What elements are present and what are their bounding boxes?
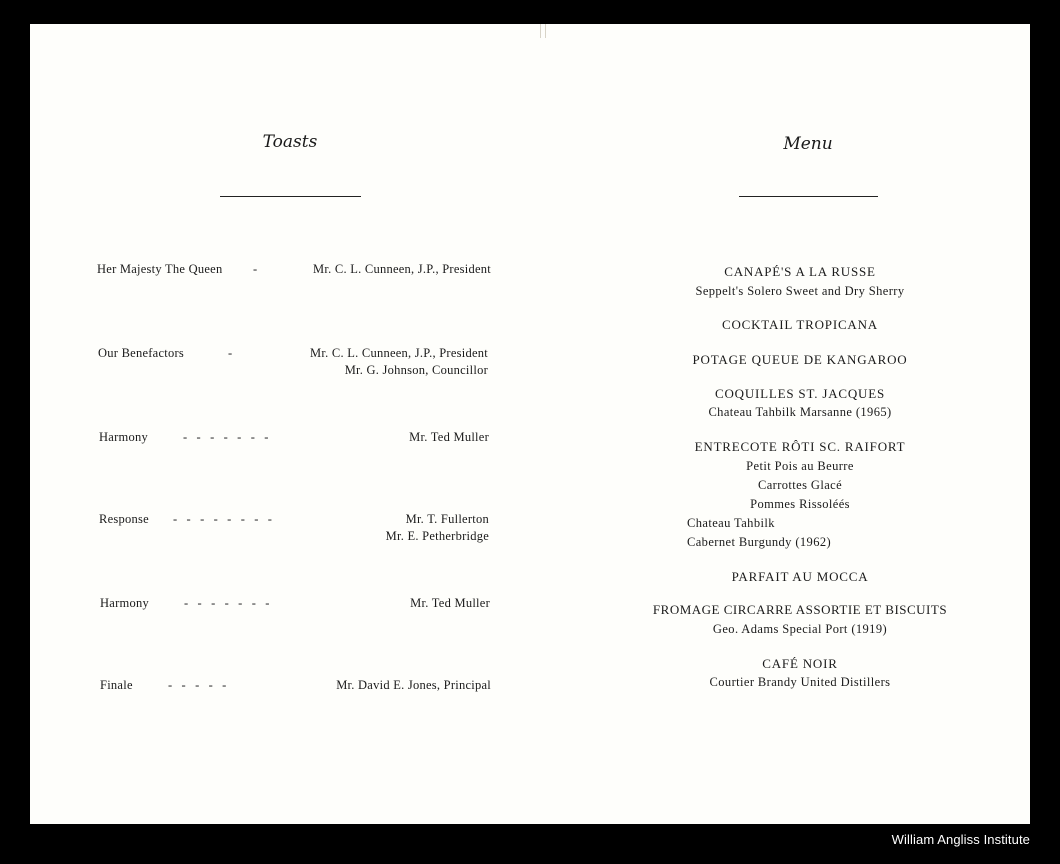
menu-note: Courtier Brandy United Distillers (650, 675, 950, 690)
menu-note: Pommes Rissoléés (650, 497, 950, 512)
menu-dish: CAFÉ NOIR (650, 656, 950, 672)
menu-dish: ENTRECOTE RÔTI SC. RAIFORT (650, 439, 950, 455)
menu-dish: COCKTAIL TROPICANA (650, 317, 950, 333)
toast-separator: - (253, 262, 257, 277)
toast-separator: - - - - - - - (183, 430, 268, 445)
toast-title: Harmony (99, 430, 148, 445)
menu-divider (739, 196, 878, 197)
menu-heading: Menu (708, 134, 908, 154)
toasts-divider (220, 196, 361, 197)
center-fold (540, 24, 546, 38)
toast-title: Finale (100, 678, 133, 693)
toast-speaker: Mr. C. L. Cunneen, J.P., President (310, 346, 488, 361)
toast-speaker: Mr. David E. Jones, Principal (336, 678, 491, 693)
toast-separator: - - - - - - - (184, 596, 269, 611)
toast-separator: - (228, 346, 232, 361)
image-frame: Toasts Her Majesty The Queen - Mr. C. L.… (0, 0, 1060, 864)
menu-dish: CANAPÉ'S A LA RUSSE (650, 264, 950, 280)
menu-card: Toasts Her Majesty The Queen - Mr. C. L.… (30, 24, 1030, 824)
menu-dish: POTAGE QUEUE DE KANGAROO (650, 352, 950, 368)
menu-note: Carrottes Glacé (650, 478, 950, 493)
institute-caption: William Angliss Institute (892, 832, 1030, 847)
toast-title: Harmony (100, 596, 149, 611)
toast-separator: - - - - - - - - (173, 512, 272, 527)
menu-dish: PARFAIT AU MOCCA (650, 569, 950, 585)
toast-speaker: Mr. G. Johnson, Councillor (345, 363, 488, 378)
menu-note: Cabernet Burgundy (1962) (687, 535, 831, 550)
menu-note: Chateau Tahbilk (687, 516, 775, 531)
toast-speaker: Mr. Ted Muller (410, 596, 490, 611)
toast-title: Her Majesty The Queen (97, 262, 222, 277)
menu-note: Geo. Adams Special Port (1919) (650, 622, 950, 637)
menu-dish: FROMAGE CIRCARRE ASSORTIE ET BISCUITS (630, 602, 970, 618)
menu-note: Chateau Tahbilk Marsanne (1965) (650, 405, 950, 420)
menu-dish: COQUILLES ST. JACQUES (650, 386, 950, 402)
toast-title: Our Benefactors (98, 346, 184, 361)
toast-separator: - - - - - (168, 678, 226, 693)
toast-speaker: Mr. E. Petherbridge (386, 529, 489, 544)
toast-title: Response (99, 512, 149, 527)
menu-note: Petit Pois au Beurre (650, 459, 950, 474)
toast-speaker: Mr. C. L. Cunneen, J.P., President (313, 262, 491, 277)
toast-speaker: Mr. T. Fullerton (406, 512, 489, 527)
menu-note: Seppelt's Solero Sweet and Dry Sherry (650, 284, 950, 299)
toast-speaker: Mr. Ted Muller (409, 430, 489, 445)
toasts-heading: Toasts (190, 132, 390, 152)
